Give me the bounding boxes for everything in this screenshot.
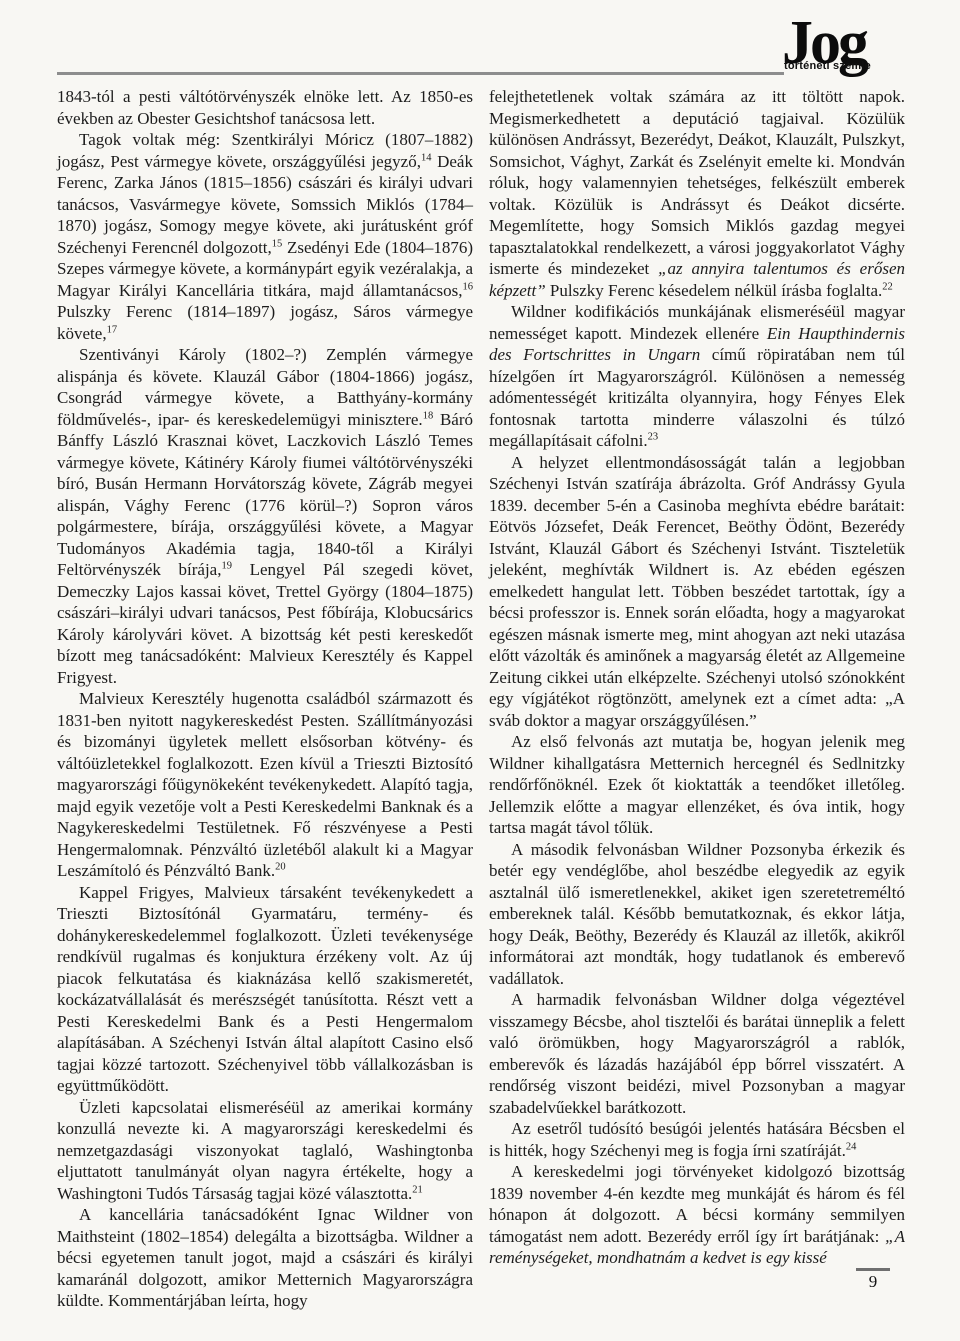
footnote-reference: 17 [107, 324, 118, 335]
paragraph: A helyzet ellentmondásosságát talán a le… [489, 452, 905, 732]
paragraph: felejthetetlenek voltak számára az itt t… [489, 86, 905, 301]
text-run: A kancellária tanácsadóként Ignac Wildne… [57, 1205, 473, 1310]
footnote-reference: 24 [846, 1141, 857, 1152]
text-run: Báró Bánffy László Krasznai követ, Laczk… [57, 410, 473, 580]
paragraph: 1843-tól a pesti váltótörvényszék elnöke… [57, 86, 473, 129]
text-run: Szentiványi Károly (1802–?) Zemplén várm… [57, 345, 473, 429]
footnote-reference: 23 [648, 431, 659, 442]
left-column: 1843-tól a pesti váltótörvényszék elnöke… [57, 86, 473, 1312]
paragraph: Wildner kodifikációs munkájának elismeré… [489, 301, 905, 452]
text-run: Kappel Frigyes, Malvieux társaként tevék… [57, 883, 473, 1096]
text-run: A kereskedelmi jogi törvényeket kidolgoz… [489, 1162, 905, 1246]
text-run: Pulszky Ferenc (1814–1897) jogász, Sáros… [57, 302, 473, 343]
journal-logo: Jog történeti szemle [782, 14, 902, 72]
text-run: Tagok voltak még: Szentkirályi Móricz (1… [57, 130, 473, 171]
paragraph: A második felvonásban Wildner Pozsonyba … [489, 839, 905, 990]
text-run: Az esetről tudósító besúgói jelentés hat… [489, 1119, 905, 1160]
paragraph: A kereskedelmi jogi törvényeket kidolgoz… [489, 1161, 905, 1269]
paragraph: A harmadik felvonásban Wildner dolga vég… [489, 989, 905, 1118]
page-number: 9 [856, 1272, 890, 1292]
text-run: Üzleti kapcsolatai elismeréséül az ameri… [57, 1098, 473, 1203]
text-run: felejthetetlenek voltak számára az itt t… [489, 87, 905, 278]
text-run: 1843-tól a pesti váltótörvényszék elnöke… [57, 87, 473, 128]
page-footer: 9 [856, 1268, 890, 1292]
footnote-reference: 14 [421, 152, 432, 163]
footnote-reference: 18 [423, 410, 434, 421]
footnote-reference: 22 [882, 281, 893, 292]
article-body: 1843-tól a pesti váltótörvényszék elnöke… [57, 86, 905, 1312]
right-column: felejthetetlenek voltak számára az itt t… [489, 86, 905, 1312]
paragraph: Tagok voltak még: Szentkirályi Móricz (1… [57, 129, 473, 344]
footnote-reference: 15 [272, 238, 283, 249]
text-run: A helyzet ellentmondásosságát talán a le… [489, 453, 905, 730]
paragraph: Malvieux Keresztély hugenotta családból … [57, 688, 473, 882]
paragraph: Az első felvonás azt mutatja be, hogyan … [489, 731, 905, 839]
footnote-reference: 19 [221, 560, 232, 571]
paragraph: Az esetről tudósító besúgói jelentés hat… [489, 1118, 905, 1161]
scanned-journal-page: { "logo": { "title": "Jog", "subtitle": … [0, 0, 960, 1341]
footer-rule [856, 1268, 890, 1271]
footnote-reference: 20 [275, 861, 286, 872]
text-run: Pulszky Ferenc késedelem nélkül írásba f… [546, 281, 883, 300]
paragraph: Üzleti kapcsolatai elismeréséül az ameri… [57, 1097, 473, 1205]
header-rule [57, 72, 784, 75]
text-run: A harmadik felvonásban Wildner dolga vég… [489, 990, 905, 1117]
paragraph: A kancellária tanácsadóként Ignac Wildne… [57, 1204, 473, 1312]
text-run: Az első felvonás azt mutatja be, hogyan … [489, 732, 905, 837]
footnote-reference: 16 [463, 281, 474, 292]
paragraph: Szentiványi Károly (1802–?) Zemplén várm… [57, 344, 473, 688]
footnote-reference: 21 [412, 1184, 423, 1195]
text-run: A második felvonásban Wildner Pozsonyba … [489, 840, 905, 988]
paragraph: Kappel Frigyes, Malvieux társaként tevék… [57, 882, 473, 1097]
text-run: Malvieux Keresztély hugenotta családból … [57, 689, 473, 880]
journal-logo-subtitle: történeti szemle [784, 60, 902, 72]
